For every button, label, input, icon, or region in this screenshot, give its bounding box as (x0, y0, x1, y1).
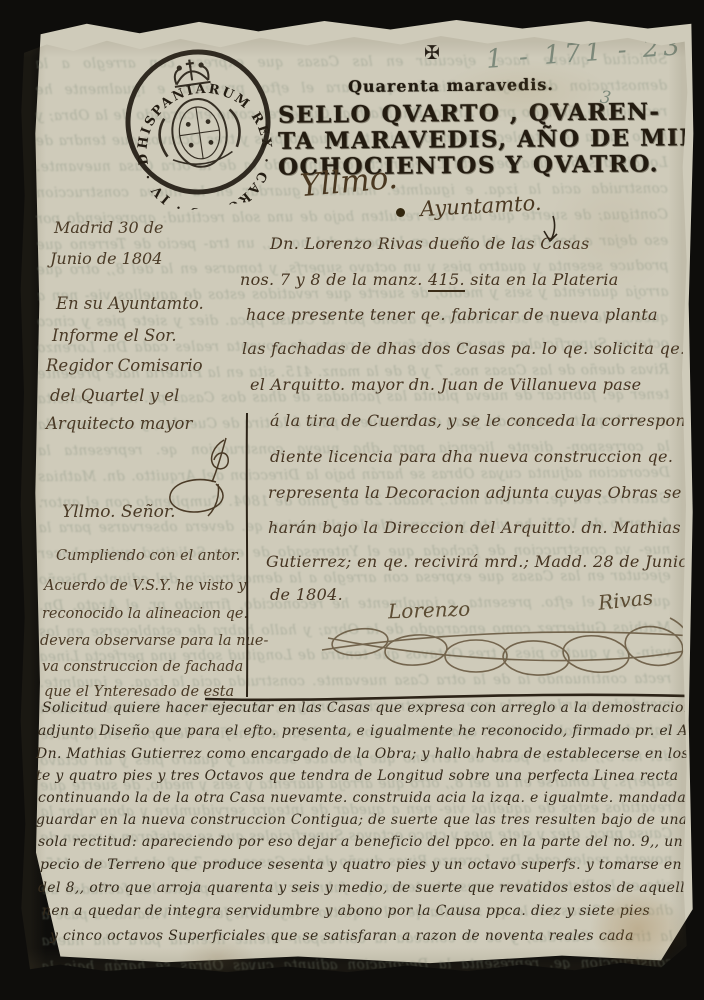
manuscript-page: Solicitud quiere hacer ejecutar en las C… (20, 36, 688, 974)
paper-edge-shading (20, 36, 688, 974)
photograph-background: Solicitud quiere hacer ejecutar en las C… (0, 0, 704, 1000)
